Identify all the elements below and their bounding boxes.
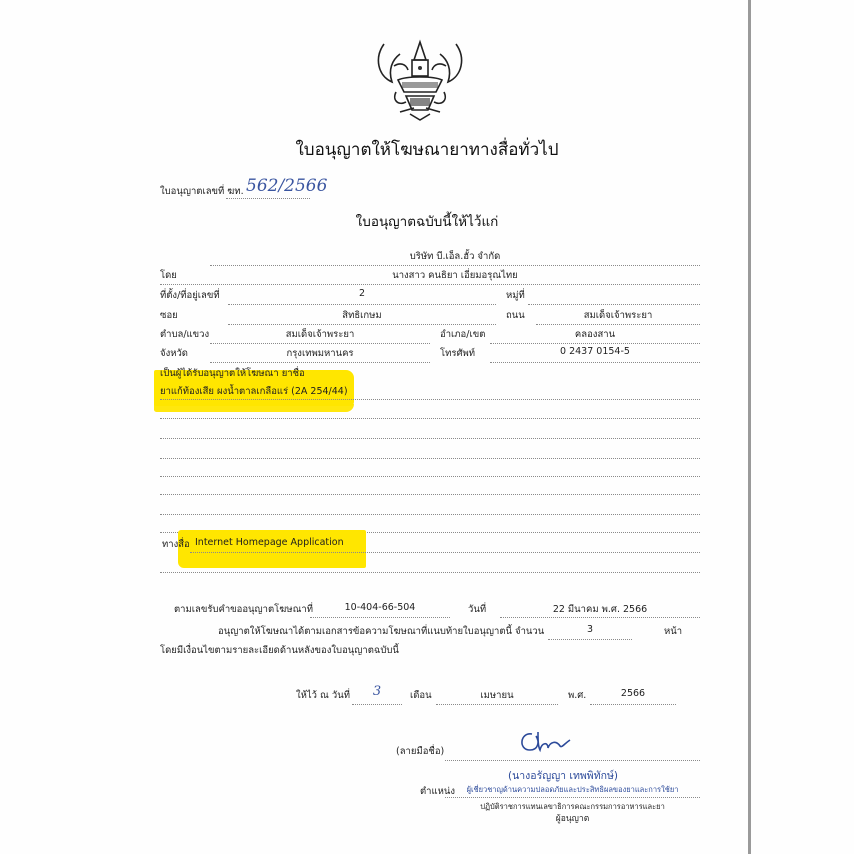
license-number-line	[226, 198, 310, 199]
media-line	[190, 552, 700, 553]
position-line-1: ผู้เชี่ยวชาญด้านความปลอดภัยและประสิทธิผล…	[445, 784, 700, 796]
condition-text: โดยมีเงื่อนไขตามรายละเอียดด้านหลังของใบอ…	[160, 643, 399, 658]
highlight-drug-tail	[154, 404, 354, 412]
company-line	[210, 265, 700, 266]
ruled-line	[160, 418, 700, 419]
subdistrict-label: ตำบล/แขวง	[160, 327, 209, 342]
moo-label: หมู่ที่	[506, 288, 525, 303]
signer-name: (นางอรัญญา เทพพิทักษ์)	[508, 767, 618, 784]
year-line	[590, 704, 676, 705]
province-line	[210, 362, 430, 363]
road-value: สมเด็จเจ้าพระยา	[536, 308, 700, 323]
media-value: Internet Homepage Application	[195, 537, 344, 548]
signature-label: (ลายมือชื่อ)	[396, 744, 444, 759]
road-label: ถนน	[506, 308, 525, 323]
date-label: วันที่	[468, 602, 486, 617]
given-label: ให้ไว้ ณ วันที่	[296, 688, 350, 703]
license-number-value: 562/2566	[246, 176, 327, 196]
date-line	[500, 617, 700, 618]
by-value: นางสาว คนธิยา เอี่ยมอรุณไทย	[210, 268, 700, 283]
ruled-line	[160, 476, 700, 477]
by-line	[160, 284, 700, 285]
company-name: บริษัท บี.เอ็ล.ฮั้ว จำกัด	[210, 249, 700, 264]
signature-line	[445, 760, 700, 761]
by-label: โดย	[160, 268, 177, 283]
phone-value: 0 2437 0154-5	[490, 346, 700, 357]
address-value: 2	[228, 288, 496, 299]
document-title: ใบอนุญาตให้โฆษณายาทางสื่อทั่วไป	[0, 136, 854, 163]
request-value: 10-404-66-504	[310, 602, 450, 613]
media-label: ทางสื่อ	[162, 537, 190, 552]
ruled-line	[160, 514, 700, 515]
request-line	[310, 617, 450, 618]
license-number-label: ใบอนุญาตเลขที่ ฆท.	[160, 184, 244, 199]
district-line	[490, 343, 700, 344]
phone-label: โทรศัพท์	[440, 346, 475, 361]
phone-line	[490, 362, 700, 363]
month-line	[436, 704, 558, 705]
position-line-3: ผู้อนุญาต	[445, 811, 700, 825]
attach-text: อนุญาตให้โฆษณาได้ตามเอกสารข้อความโฆษณาที…	[218, 624, 544, 639]
ruled-line	[160, 572, 700, 573]
attach-unit: หน้า	[664, 624, 682, 639]
page-edge	[748, 0, 751, 854]
address-label: ที่ตั้ง/ที่อยู่เลขที่	[160, 288, 220, 303]
drug-line	[160, 399, 700, 400]
highlight-media	[178, 530, 366, 568]
soi-label: ซอย	[160, 308, 178, 323]
issued-to-heading: ใบอนุญาตฉบับนี้ให้ไว้แก่	[0, 210, 854, 232]
attach-count: 3	[548, 624, 632, 635]
province-value: กรุงเทพมหานคร	[210, 346, 430, 361]
position-line	[445, 797, 700, 798]
moo-line	[528, 304, 700, 305]
given-day: 3	[352, 684, 402, 699]
date-value: 22 มีนาคม พ.ศ. 2566	[500, 602, 700, 617]
road-line	[536, 324, 700, 325]
signature-icon	[514, 728, 574, 758]
request-label: ตามเลขรับคำขออนุญาตโฆษณาที่	[174, 602, 313, 617]
drug-name: ยาแก้ท้องเสีย ผงน้ำตาลเกลือแร่ (2A 254/4…	[160, 384, 348, 399]
ruled-line	[160, 438, 700, 439]
district-label: อำเภอ/เขต	[440, 327, 485, 342]
ruled-line	[160, 494, 700, 495]
subdistrict-value: สมเด็จเจ้าพระยา	[210, 327, 430, 342]
address-line	[228, 304, 496, 305]
year-label: พ.ศ.	[568, 688, 586, 703]
permit-line: เป็นผู้ได้รับอนุญาตให้โฆษณา ยาชื่อ	[160, 366, 305, 381]
soi-line	[228, 324, 496, 325]
year-value: 2566	[590, 688, 676, 699]
month-value: เมษายน	[436, 688, 558, 703]
province-label: จังหวัด	[160, 346, 188, 361]
subdistrict-line	[210, 343, 430, 344]
soi-value: สิทธิเกษม	[228, 308, 496, 323]
attach-line	[548, 639, 632, 640]
ruled-line	[160, 458, 700, 459]
district-value: คลองสาน	[490, 327, 700, 342]
month-label: เดือน	[410, 688, 432, 703]
given-day-line	[352, 704, 402, 705]
garuda-emblem-icon	[370, 36, 470, 126]
